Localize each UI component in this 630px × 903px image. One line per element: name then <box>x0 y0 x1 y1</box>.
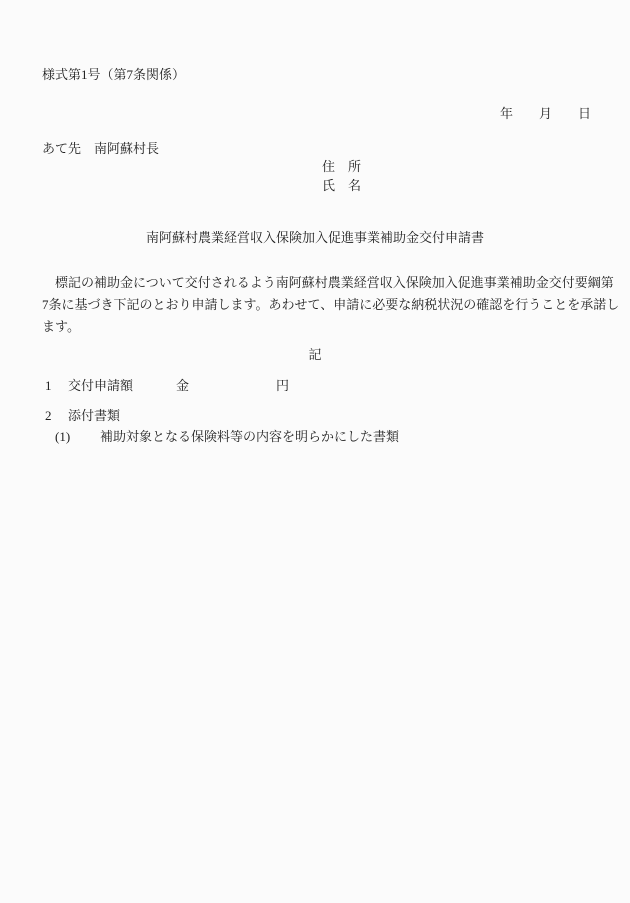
item1-amount-suffix: 円 <box>276 379 289 392</box>
item2-sub1-number: (1) <box>55 430 70 443</box>
item1-number: 1 <box>45 379 52 392</box>
item2-number: 2 <box>45 409 52 422</box>
item2-sub1-text: 補助対象となる保険料等の内容を明らかにした書類 <box>100 430 399 443</box>
date-line: 年 月 日 <box>500 107 591 120</box>
document-page: 様式第1号（第7条関係） 年 月 日 あて先 南阿蘇村長 住 所 氏 名 南阿蘇… <box>0 0 630 903</box>
name-label: 氏 名 <box>322 179 361 192</box>
body-line: ます。 <box>42 320 80 333</box>
record-heading: 記 <box>0 348 630 361</box>
item1-amount-prefix: 金 <box>176 379 189 392</box>
addressee: あて先 南阿蘇村長 <box>42 142 159 155</box>
address-label: 住 所 <box>322 160 361 173</box>
item2-label: 添付書類 <box>68 409 120 422</box>
form-number: 様式第1号（第7条関係） <box>42 68 185 81</box>
body-line: 7条に基づき下記のとおり申請します。あわせて、申請に必要な納税状況の確認を行うこ… <box>42 298 619 311</box>
body-line: 標記の補助金について交付されるよう南阿蘇村農業経営収入保険加入促進事業補助金交付… <box>42 276 614 289</box>
item1-label: 交付申請額 <box>68 379 133 392</box>
document-title: 南阿蘇村農業経営収入保険加入促進事業補助金交付申請書 <box>0 231 630 244</box>
